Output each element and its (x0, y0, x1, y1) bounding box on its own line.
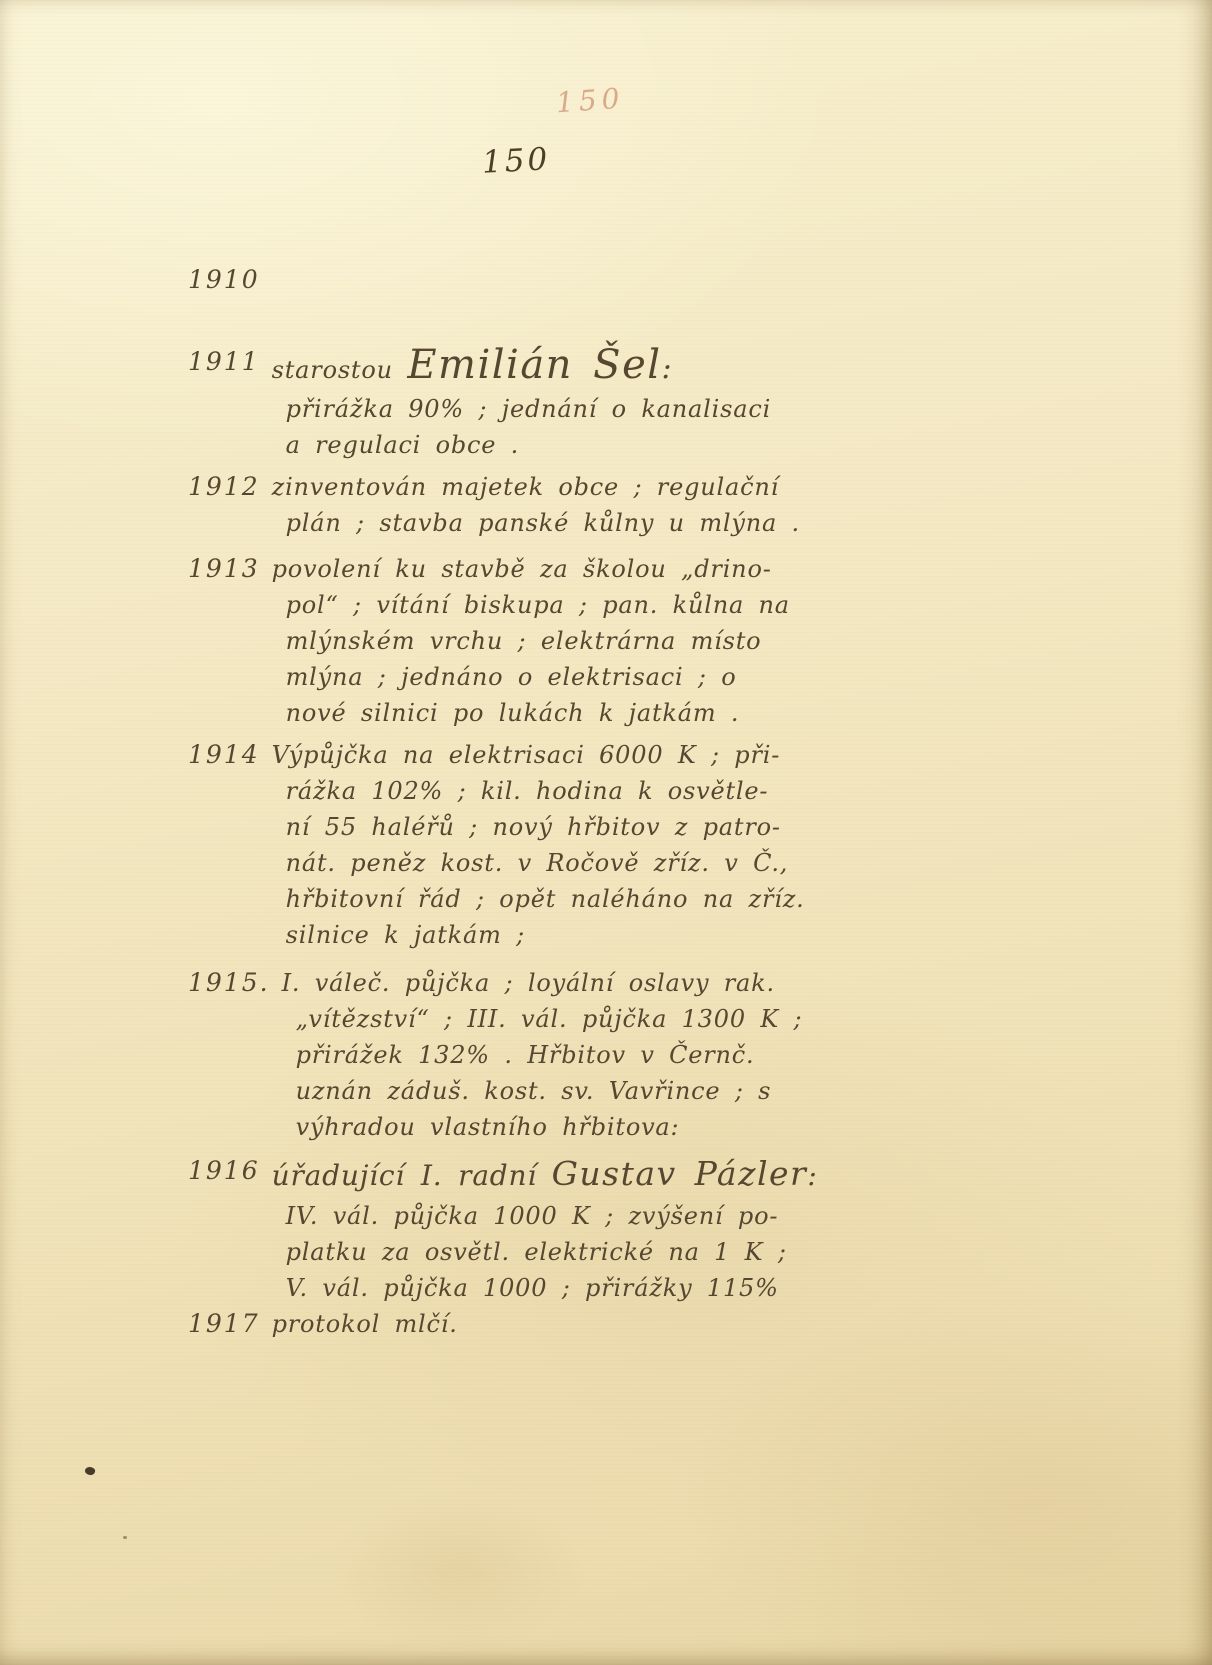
entry-line: V. vál. půjčka 1000 ; přirážky 115% (272, 1270, 948, 1306)
chronicle-entries: 1910 1911 starostou Emilián Šel: přirážk… (188, 262, 948, 1342)
entry-line: přirážka 90% ; jednání o kanalisaci (272, 391, 948, 427)
entry-line: přirážek 132% . Hřbitov v Černč. (282, 1037, 948, 1073)
person-name: Gustav Pázler (552, 1154, 808, 1193)
head-suffix: : (662, 351, 673, 386)
entry-line: mlýna ; jednáno o elektrisaci ; o (272, 659, 948, 695)
entry-line: Výpůjčka na elektrisaci 6000 K ; při- (272, 737, 948, 773)
entry-year: 1912 (188, 469, 260, 505)
entry-text: protokol mlčí. (272, 1306, 948, 1342)
page-number-pencil: 150 (555, 82, 626, 120)
entry-1917: 1917 protokol mlčí. (188, 1306, 948, 1342)
entry-text: starostou Emilián Šel: přirážka 90% ; je… (272, 344, 948, 463)
entry-1913: 1913 povolení ku stavbě za školou „drino… (188, 551, 948, 731)
entry-line: výhradou vlastního hřbitova: (282, 1109, 948, 1145)
chronicle-page: 150 150 1910 1911 starostou Emilián Šel:… (0, 0, 1212, 1665)
entry-line: uznán záduš. kost. sv. Vavřince ; s (282, 1073, 948, 1109)
paper-stain (330, 1490, 590, 1650)
entry-year: 1914 (188, 737, 260, 773)
entry-line: „vítězství“ ; III. vál. půjčka 1300 K ; (282, 1001, 948, 1037)
entry-headline: úřadující I. radní Gustav Pázler: (272, 1153, 948, 1198)
entry-line: zinventován majetek obce ; regulační (272, 469, 948, 505)
entry-year: 1917 (188, 1306, 260, 1342)
entry-line: platku za osvětl. elektrické na 1 K ; (272, 1234, 948, 1270)
entry-line: hřbitovní řád ; opět naléháno na zříz. (272, 881, 948, 917)
entry-text: Výpůjčka na elektrisaci 6000 K ; při- rá… (272, 737, 948, 953)
entry-line: IV. vál. půjčka 1000 K ; zvýšení po- (272, 1198, 948, 1234)
ink-speck-small (123, 1536, 127, 1539)
entry-1911: 1911 starostou Emilián Šel: přirážka 90%… (188, 344, 948, 463)
entry-text: zinventován majetek obce ; regulační plá… (272, 469, 948, 541)
entry-line: povolení ku stavbě za školou „drino- (272, 551, 948, 587)
entry-line: rážka 102% ; kil. hodina k osvětle- (272, 773, 948, 809)
entry-line: I. váleč. půjčka ; loyální oslavy rak. (282, 965, 948, 1001)
entry-1912: 1912 zinventován majetek obce ; regulačn… (188, 469, 948, 541)
entry-line: plán ; stavba panské kůlny u mlýna . (272, 505, 948, 541)
entry-year: 1916 (188, 1153, 260, 1189)
entry-text: povolení ku stavbě za školou „drino- pol… (272, 551, 948, 731)
head-prefix: úřadující I. radní (272, 1159, 538, 1192)
entry-year: 1911 (188, 344, 260, 380)
entry-year: 1915. (188, 965, 270, 1001)
entry-headline: starostou Emilián Šel: (272, 344, 948, 391)
entry-line: nové silnici po lukách k jatkám . (272, 695, 948, 731)
entry-line: ní 55 haléřů ; nový hřbitov z patro- (272, 809, 948, 845)
entry-line: nát. peněz kost. v Ročově zříz. v Č., (272, 845, 948, 881)
entry-1916: 1916 úřadující I. radní Gustav Pázler: I… (188, 1153, 948, 1306)
page-number-ink: 150 (481, 141, 551, 181)
ink-speck (84, 1466, 96, 1477)
entry-text: úřadující I. radní Gustav Pázler: IV. vá… (272, 1153, 948, 1306)
person-name: Emilián Šel (407, 342, 661, 388)
entry-text: I. váleč. půjčka ; loyální oslavy rak. „… (282, 965, 948, 1145)
entry-year: 1913 (188, 551, 260, 587)
entry-1910: 1910 (188, 262, 948, 298)
head-suffix: : (807, 1159, 817, 1192)
entry-line: a regulaci obce . (272, 427, 948, 463)
entry-year: 1910 (188, 262, 260, 298)
entry-1915: 1915. I. váleč. půjčka ; loyální oslavy … (188, 965, 948, 1145)
entry-line: mlýnském vrchu ; elektrárna místo (272, 623, 948, 659)
entry-line: pol“ ; vítání biskupa ; pan. kůlna na (272, 587, 948, 623)
entry-1914: 1914 Výpůjčka na elektrisaci 6000 K ; př… (188, 737, 948, 953)
entry-line: silnice k jatkám ; (272, 917, 948, 953)
head-prefix: starostou (272, 356, 393, 384)
entry-line: protokol mlčí. (272, 1306, 948, 1342)
